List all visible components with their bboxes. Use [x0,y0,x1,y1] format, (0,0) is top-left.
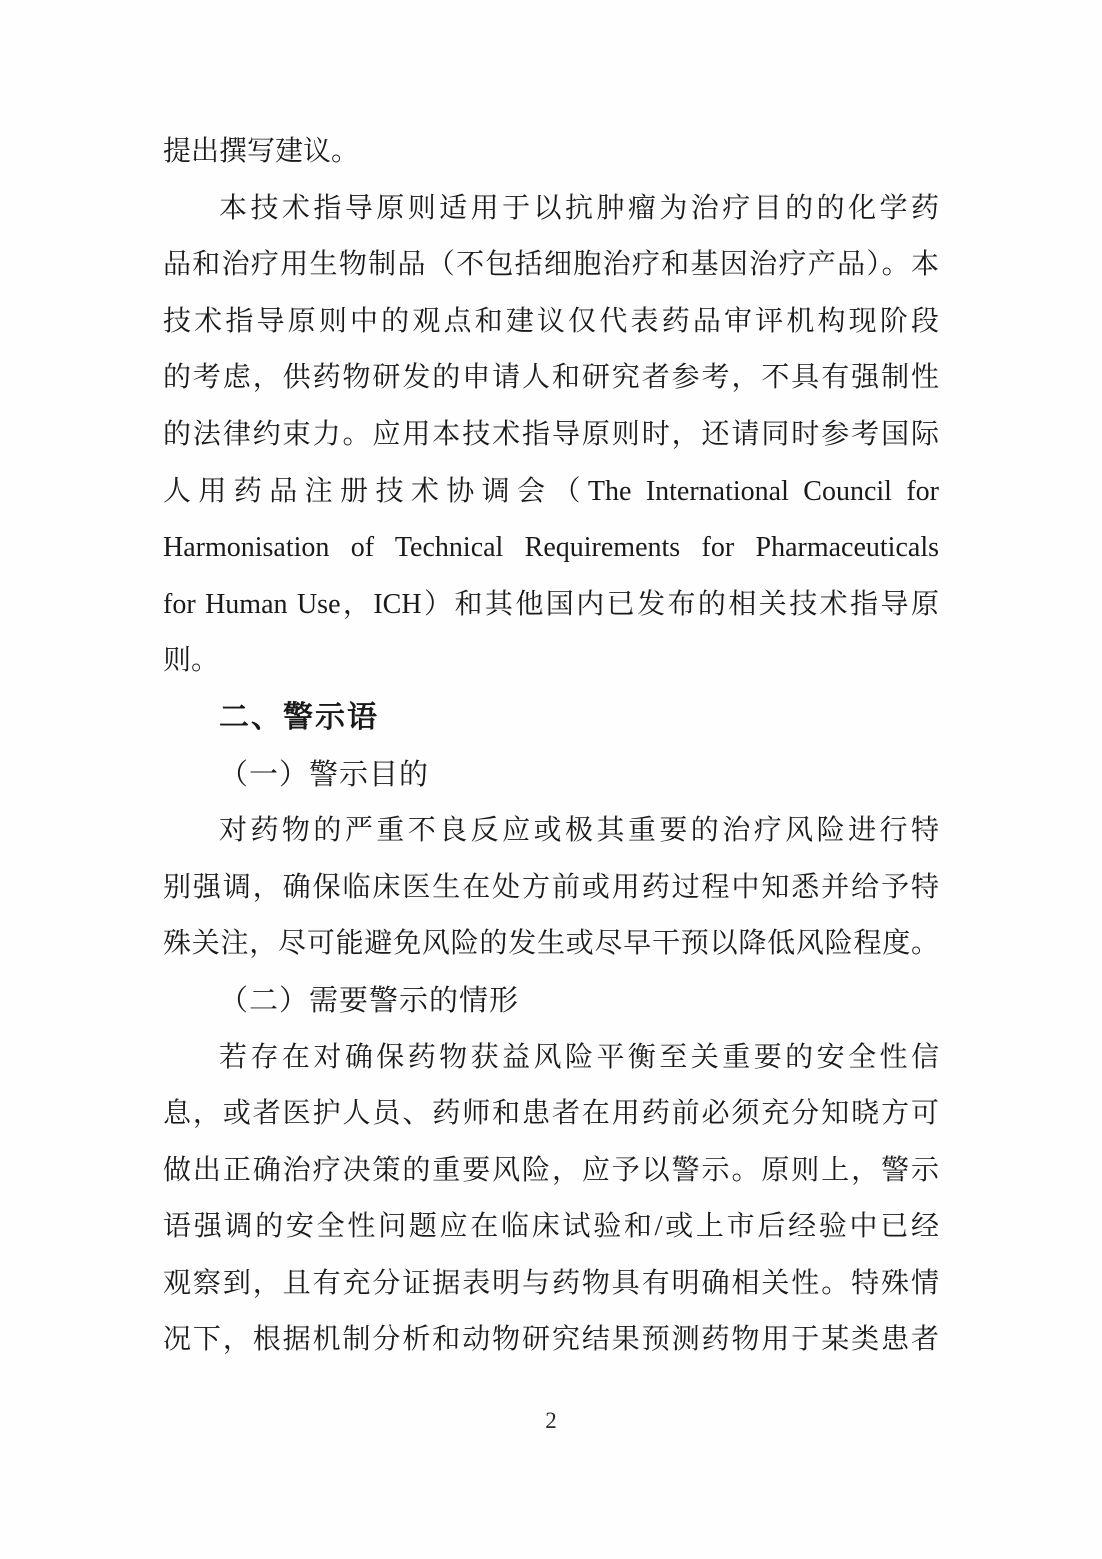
body-text-line: 本技术指导原则适用于以抗肿瘤为治疗目的的化学药 [163,181,939,238]
body-text-line: 对药物的严重不良反应或极其重要的治疗风险进行特 [163,803,939,860]
body-text-line: 的考虑，供药物研发的申请人和研究者参考，不具有强制性 [163,350,939,407]
document-body: 提出撰写建议。 本技术指导原则适用于以抗肿瘤为治疗目的的化学药 品和治疗用生物制… [163,0,939,1369]
page-number: 2 [0,1408,1102,1434]
body-text-line-english: Harmonisation of Technical Requirements … [163,520,939,577]
subsection-heading: （一）警示目的 [163,747,939,804]
body-text-line: 做出正确治疗决策的重要风险，应予以警示。原则上，警示 [163,1143,939,1200]
body-text-line: 技术指导原则中的观点和建议仅代表药品审评机构现阶段 [163,294,939,351]
body-text-line: 提出撰写建议。 [163,124,939,181]
body-text-line: for Human Use，ICH）和其他国内已发布的相关技术指导原 [163,577,939,634]
body-text-line: 品和治疗用生物制品（不包括细胞治疗和基因治疗产品）。本 [163,237,939,294]
body-text-line: 观察到，且有充分证据表明与药物具有明确相关性。特殊情 [163,1256,939,1313]
body-text-line: 别强调，确保临床医生在处方前或用药过程中知悉并给予特 [163,860,939,917]
body-text-line: 况下，根据机制分析和动物研究结果预测药物用于某类患者 [163,1312,939,1369]
body-text-line: 若存在对确保药物获益风险平衡至关重要的安全性信 [163,1030,939,1087]
body-text-line: 殊关注，尽可能避免风险的发生或尽早干预以降低风险程度。 [163,916,939,973]
subsection-heading: （二）需要警示的情形 [163,973,939,1030]
body-text-line: 息，或者医护人员、药师和患者在用药前必须充分知晓方可 [163,1086,939,1143]
body-text-line: 人用药品注册技术协调会（The International Council fo… [163,464,939,521]
body-text-line: 语强调的安全性问题应在临床试验和/或上市后经验中已经 [163,1199,939,1256]
section-heading: 二、警示语 [163,690,939,747]
body-text-line: 的法律约束力。应用本技术指导原则时，还请同时参考国际 [163,407,939,464]
document-page: 提出撰写建议。 本技术指导原则适用于以抗肿瘤为治疗目的的化学药 品和治疗用生物制… [0,0,1102,1559]
body-text-line: 则。 [163,633,939,690]
